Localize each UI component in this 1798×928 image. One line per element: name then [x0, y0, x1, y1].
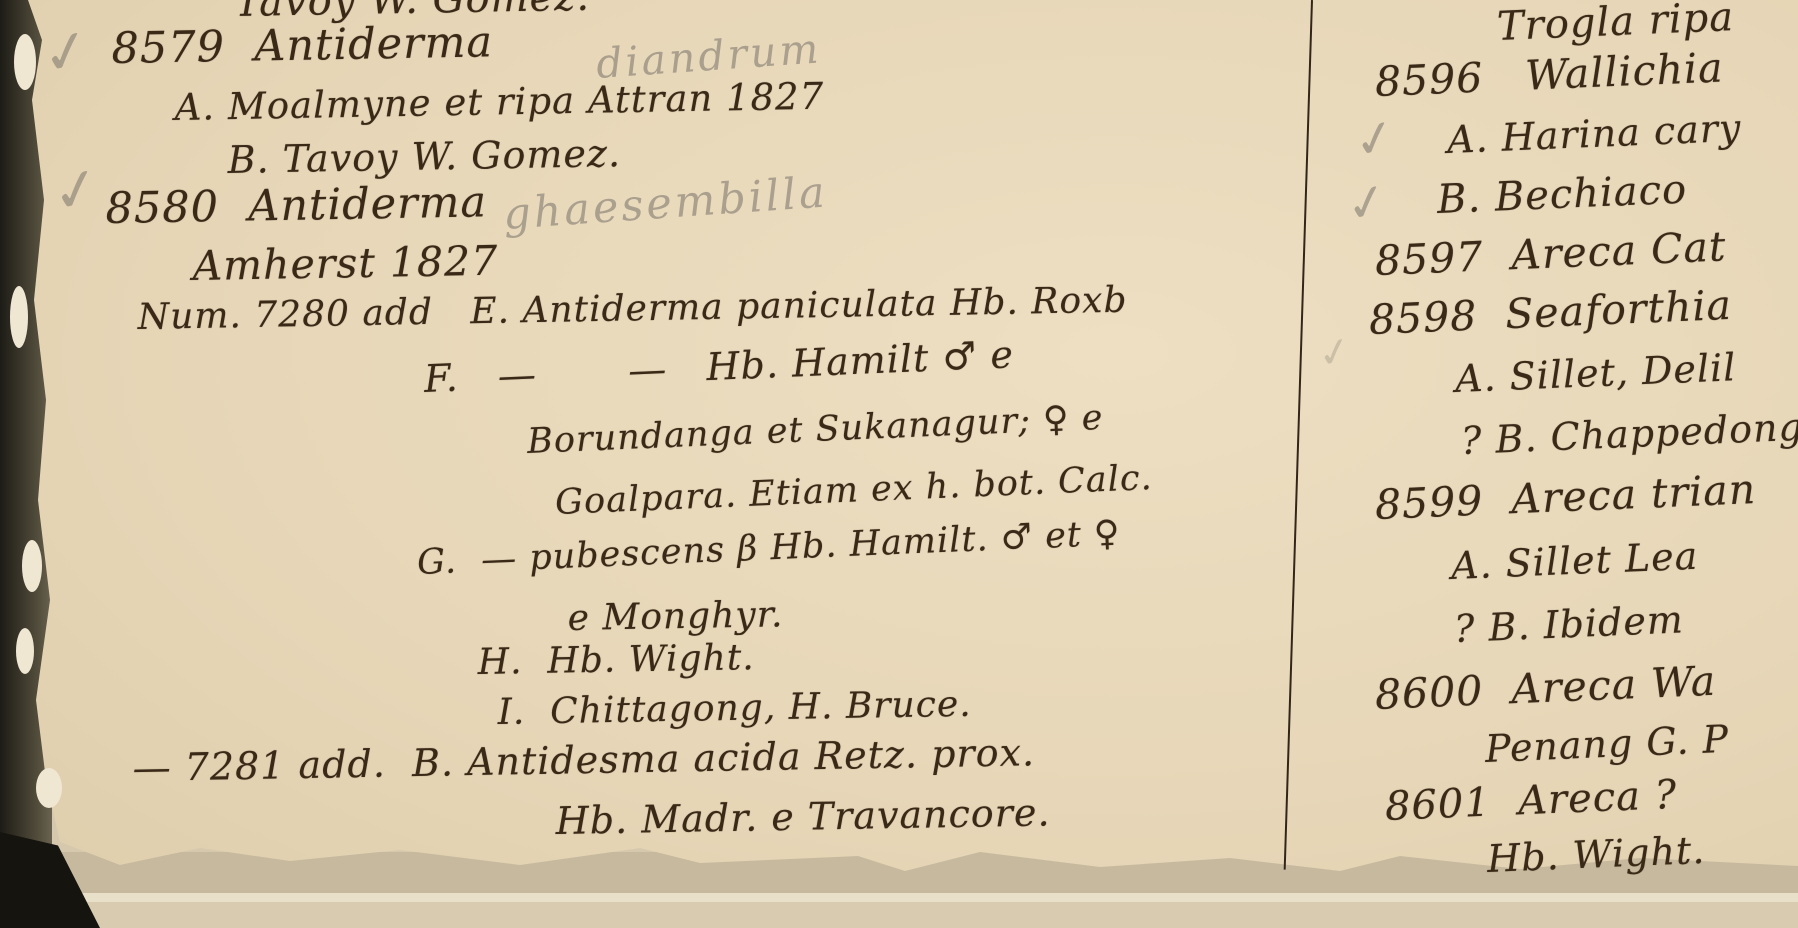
- under-page-highlight-band: [0, 893, 1798, 902]
- entry-line: Hb. Wight.: [1486, 828, 1706, 881]
- entry-number-line: 8579 Antiderma: [111, 17, 493, 74]
- entry-line: I. Chittagong, H. Bruce.: [497, 684, 972, 733]
- entry-line: B. Tavoy W. Gomez.: [227, 131, 621, 182]
- manuscript-scan: ✓ ✓ ✓ ✓ ✓ Tavoy W. Gomez. 8579 Antiderma…: [0, 0, 1798, 928]
- torn-paper-chip: [16, 628, 34, 674]
- entry-line: Hb. Madr. e Travancore.: [555, 790, 1051, 843]
- under-page-lower-band: [0, 902, 1798, 928]
- entry-line: H. Hb. Wight.: [477, 637, 755, 683]
- entry-line: Amherst 1827: [192, 237, 498, 290]
- torn-paper-chip: [22, 540, 42, 592]
- entry-number-line: 8580 Antiderma: [105, 177, 487, 234]
- torn-paper-chip: [36, 768, 62, 808]
- torn-paper-chip: [10, 286, 28, 348]
- torn-paper-chip: [14, 34, 36, 90]
- entry-line: e Monghyr.: [567, 594, 783, 639]
